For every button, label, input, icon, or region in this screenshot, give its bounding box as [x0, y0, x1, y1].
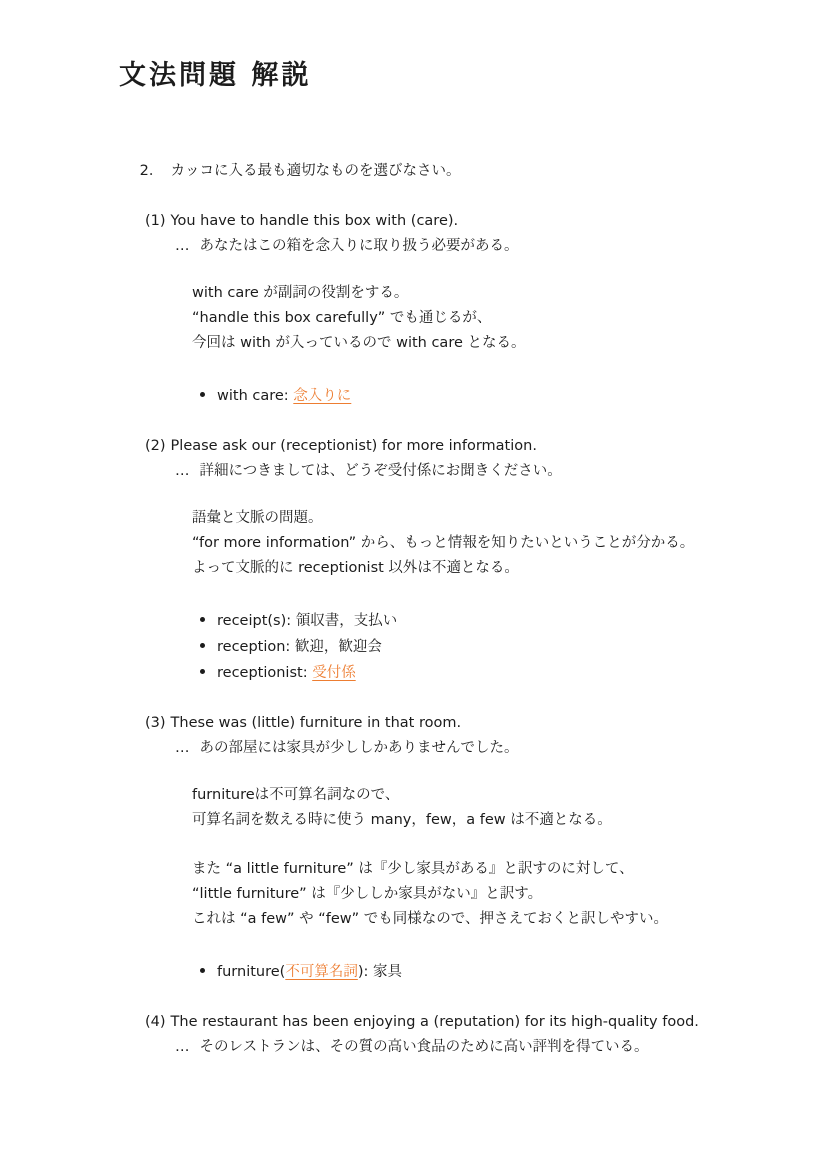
bullet-dot [200, 617, 205, 622]
vocab-bullet-list: furniture(不可算名詞): 家具 [112, 959, 818, 985]
explanation-paragraph: 語彙と文脈の問題。“for more information” から、もっと情報… [112, 506, 818, 581]
document-page: 文法問題 解説 2．カッコに入る最も適切なものを選びなさい。 (1)You ha… [0, 0, 826, 1169]
question-prompt-line: 2．カッコに入る最も適切なものを選びなさい。 [112, 134, 818, 209]
answer-link[interactable]: 念入りに [293, 388, 351, 404]
explanation-line: 可算名詞を数える時に使う many，few，a few は不適となる。 [192, 808, 818, 833]
explanation-paragraph: furnitureは不可算名詞なので、可算名詞を数える時に使う many，few… [112, 783, 818, 833]
item-translation-line: …あなたはこの箱を念入りに取り扱う必要がある。 [112, 234, 818, 259]
item-translation: 詳細につきましては、どうぞ受付係にお聞きください。 [200, 463, 562, 479]
document-content: 2．カッコに入る最も適切なものを選びなさい。 (1)You have to ha… [112, 134, 818, 1060]
question-item: (2)Please ask our (receptionist) for mor… [112, 434, 818, 686]
vocab-bullet: with care: 念入りに [200, 383, 818, 409]
explanation-line: furnitureは不可算名詞なので、 [192, 783, 818, 808]
question-item: (1)You have to handle this box with (car… [112, 209, 818, 409]
item-number: (4) [145, 1014, 166, 1030]
item-number: (2) [145, 438, 166, 454]
item-translation-line: …そのレストランは、その質の高い食品のために高い評判を得ている。 [112, 1035, 818, 1060]
vocab-bullet: receptionist: 受付係 [200, 660, 818, 686]
bullet-dot [200, 392, 205, 397]
bullet-text: receipt(s): 領収書，支払い [217, 613, 397, 629]
vocab-bullet-list: receipt(s): 領収書，支払いreception: 歓迎，歓迎会rece… [112, 608, 818, 686]
item-english-sentence: The restaurant has been enjoying a (repu… [171, 1014, 699, 1030]
bullet-dot [200, 643, 205, 648]
item-english-sentence: You have to handle this box with (care). [171, 213, 459, 229]
item-translation-line: …あの部屋には家具が少ししかありませんでした。 [112, 736, 818, 761]
answer-link[interactable]: 不可算名詞 [285, 964, 358, 980]
ellipsis-marker: … [175, 740, 190, 756]
explanation-line: 語彙と文脈の問題。 [192, 506, 818, 531]
item-sentence-line: (3)These was (little) furniture in that … [112, 711, 818, 736]
answer-link[interactable]: 受付係 [312, 665, 356, 681]
bullet-dot [200, 968, 205, 973]
item-sentence-line: (1)You have to handle this box with (car… [112, 209, 818, 234]
explanation-line: 今回は with が入っているので with care となる。 [192, 331, 818, 356]
bullet-text: receptionist: [217, 665, 312, 681]
bullet-text: ): 家具 [358, 964, 402, 980]
vocab-bullet: reception: 歓迎，歓迎会 [200, 634, 818, 660]
question-items: (1)You have to handle this box with (car… [112, 209, 818, 1060]
explanation-line: “little furniture” は『少ししか家具がない』と訳す。 [192, 882, 818, 907]
item-sentence-line: (4)The restaurant has been enjoying a (r… [112, 1010, 818, 1035]
explanation-line: “handle this box carefully” でも通じるが、 [192, 306, 818, 331]
question-prompt: カッコに入る最も適切なものを選びなさい。 [171, 163, 461, 179]
item-english-sentence: Please ask our (receptionist) for more i… [171, 438, 537, 454]
question-item: (3)These was (little) furniture in that … [112, 711, 818, 985]
explanation-line: “for more information” から、もっと情報を知りたいというこ… [192, 531, 818, 556]
bullet-text: furniture( [217, 964, 285, 980]
item-translation: あなたはこの箱を念入りに取り扱う必要がある。 [200, 238, 519, 254]
explanation-paragraph: with care が副詞の役割をする。“handle this box car… [112, 281, 818, 356]
ellipsis-marker: … [175, 238, 190, 254]
item-number: (1) [145, 213, 166, 229]
ellipsis-marker: … [175, 463, 190, 479]
item-translation: そのレストランは、その質の高い食品のために高い評判を得ている。 [200, 1039, 649, 1055]
question-item: (4)The restaurant has been enjoying a (r… [112, 1010, 818, 1060]
vocab-bullet-list: with care: 念入りに [112, 383, 818, 409]
explanation-line: with care が副詞の役割をする。 [192, 281, 818, 306]
explanation-paragraph: また “a little furniture” は『少し家具がある』と訳すのに対… [112, 857, 818, 932]
ellipsis-marker: … [175, 1039, 190, 1055]
explanation-line: よって文脈的に receptionist 以外は不適となる。 [192, 556, 818, 581]
question-number: 2． [140, 159, 171, 184]
page-title: 文法問題 解説 [119, 53, 311, 92]
explanation-line: また “a little furniture” は『少し家具がある』と訳すのに対… [192, 857, 818, 882]
vocab-bullet: furniture(不可算名詞): 家具 [200, 959, 818, 985]
explanation-line: これは “a few” や “few” でも同様なので、押さえておくと訳しやすい… [192, 907, 818, 932]
item-english-sentence: These was (little) furniture in that roo… [171, 715, 462, 731]
bullet-text: reception: 歓迎，歓迎会 [217, 639, 382, 655]
item-translation: あの部屋には家具が少ししかありませんでした。 [200, 740, 519, 756]
item-number: (3) [145, 715, 166, 731]
vocab-bullet: receipt(s): 領収書，支払い [200, 608, 818, 634]
item-translation-line: …詳細につきましては、どうぞ受付係にお聞きください。 [112, 459, 818, 484]
item-sentence-line: (2)Please ask our (receptionist) for mor… [112, 434, 818, 459]
bullet-dot [200, 669, 205, 674]
bullet-text: with care: [217, 388, 293, 404]
